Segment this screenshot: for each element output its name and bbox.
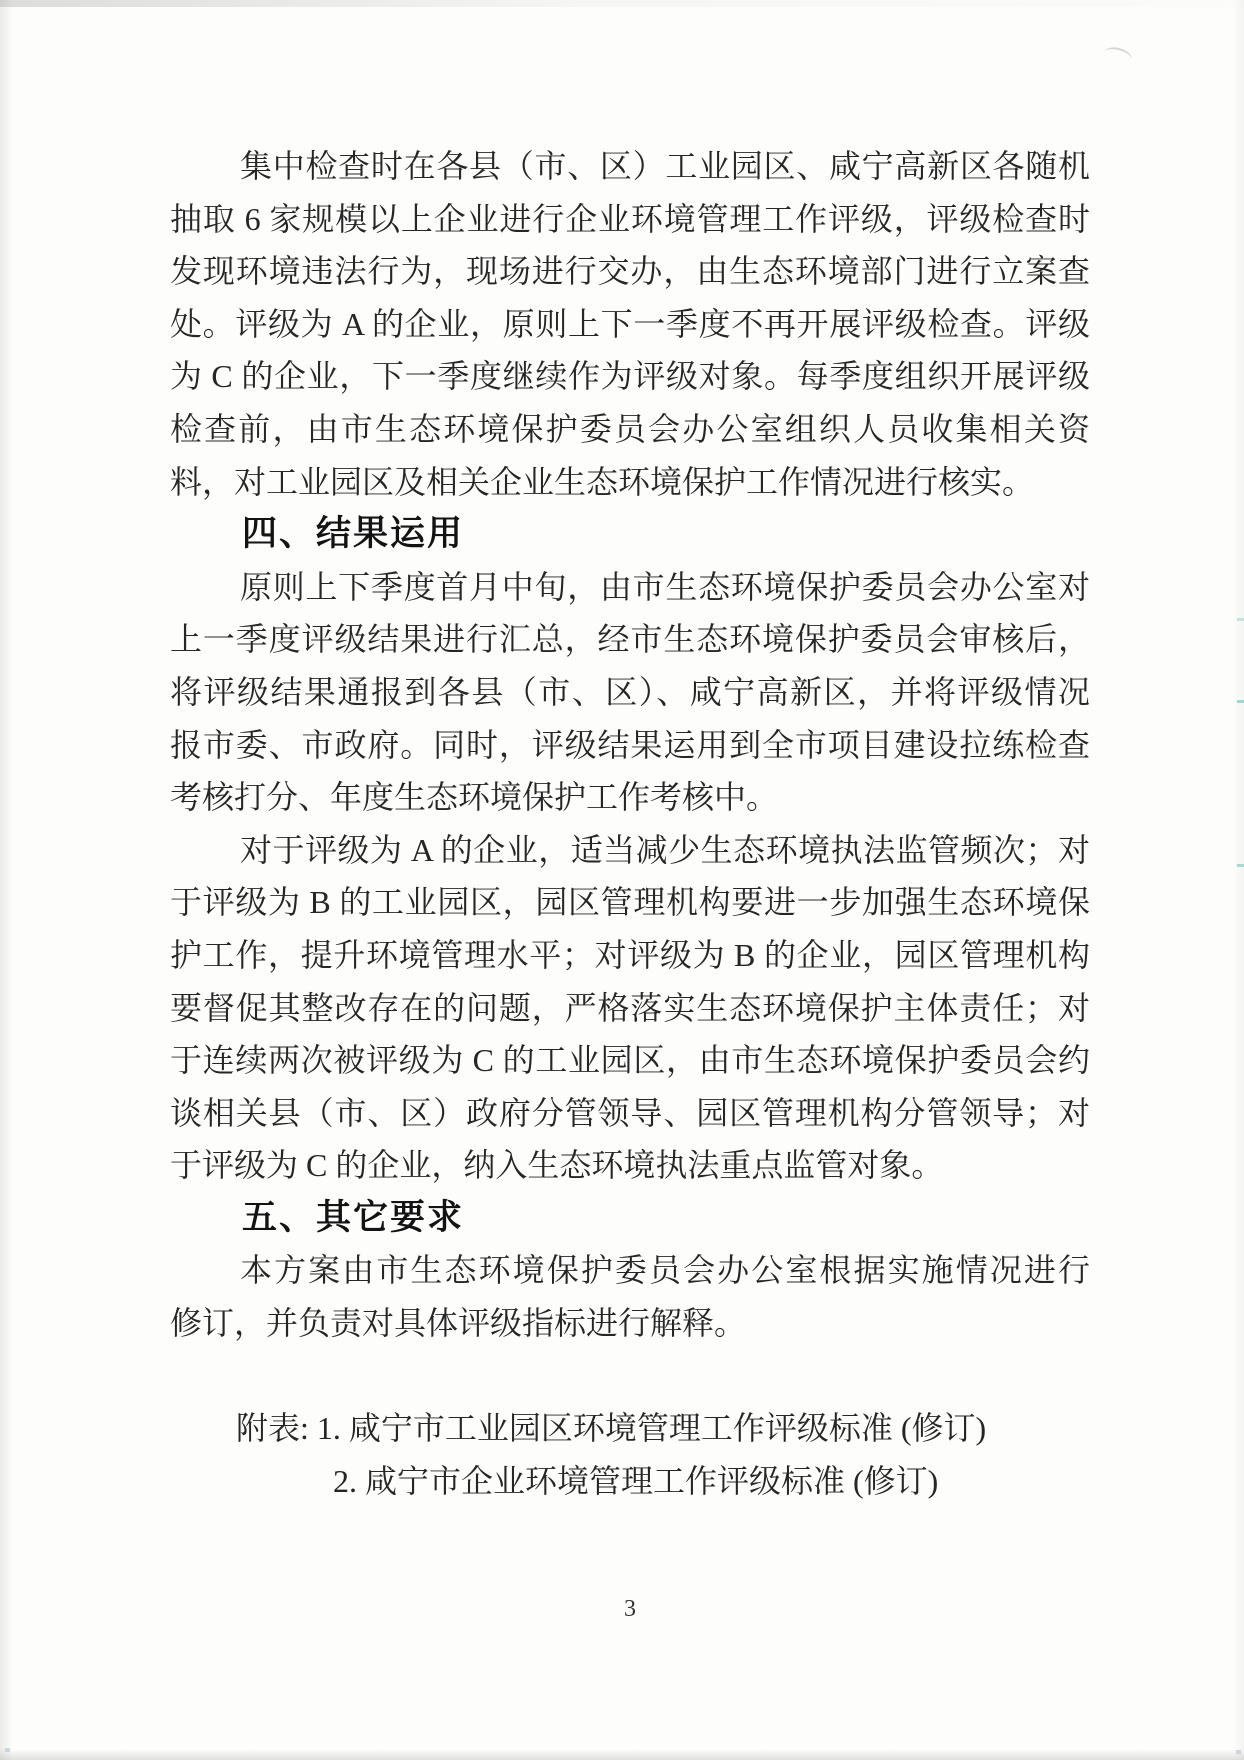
text-line: 本方案由市生态环境保护委员会办公室根据实施情况进行 <box>170 1244 1090 1297</box>
scan-cyan-tick <box>1237 864 1244 867</box>
scan-scratch-mark <box>1102 44 1133 67</box>
scan-edge-top <box>0 0 1244 7</box>
text-line: 谈相关县（市、区）政府分管领导、园区管理机构分管领导；对 <box>170 1087 1090 1140</box>
scan-cyan-tick <box>1237 700 1244 703</box>
text-line: 要督促其整改存在的问题，严格落实生态环境保护主体责任；对 <box>170 982 1090 1035</box>
text-line: 于连续两次被评级为 C 的工业园区，由市生态环境保护委员会约 <box>170 1034 1090 1087</box>
text-line: 原则上下季度首月中旬，由市生态环境保护委员会办公室对 <box>170 561 1090 614</box>
text-line: 上一季度评级结果进行汇总，经市生态环境保护委员会审核后， <box>170 613 1090 666</box>
text-line: 处。评级为 A 的企业，原则上下一季度不再开展评级检查。评级 <box>170 298 1090 351</box>
scan-edge-left <box>0 0 13 1760</box>
text-line: 为 C 的企业，下一季度继续作为评级对象。每季度组织开展评级 <box>170 350 1090 403</box>
text-line: 检查前，由市生态环境保护委员会办公室组织人员收集相关资 <box>170 403 1090 456</box>
text-line: 对于评级为 A 的企业，适当减少生态环境执法监管频次；对 <box>170 824 1090 877</box>
scan-blue-speck <box>1236 1750 1241 1754</box>
page-number: 3 <box>8 1596 1244 1623</box>
text-line: 护工作，提升环境管理水平；对评级为 B 的企业，园区管理机构 <box>170 929 1090 982</box>
text-line: 集中检查时在各县（市、区）工业园区、咸宁高新区各随机 <box>170 140 1090 193</box>
text-line: 修订，并负责对具体评级指标进行解释。 <box>170 1297 1090 1350</box>
scan-cyan-tick <box>1237 618 1244 621</box>
text-line: 于评级为 C 的企业，纳入生态环境执法重点监管对象。 <box>170 1139 1090 1192</box>
text-line: 2. 咸宁市企业环境管理工作评级标准 (修订) <box>170 1455 1090 1508</box>
text-line: 于评级为 B 的工业园区，园区管理机构要进一步加强生态环境保 <box>170 876 1090 929</box>
text-line: 料，对工业园区及相关企业生态环境保护工作情况进行核实。 <box>170 456 1090 509</box>
scan-edge-right <box>1233 0 1244 1760</box>
text-line: 抽取 6 家规模以上企业进行企业环境管理工作评级，评级检查时 <box>170 193 1090 246</box>
document-page: 集中检查时在各县（市、区）工业园区、咸宁高新区各随机抽取 6 家规模以上企业进行… <box>0 0 1244 1760</box>
document-text: 集中检查时在各县（市、区）工业园区、咸宁高新区各随机抽取 6 家规模以上企业进行… <box>170 140 1090 1507</box>
text-line: 将评级结果通报到各县（市、区）、咸宁高新区，并将评级情况 <box>170 666 1090 719</box>
text-line: 附表: 1. 咸宁市工业园区环境管理工作评级标准 (修订) <box>170 1402 1090 1455</box>
text-line: 发现环境违法行为，现场进行交办，由生态环境部门进行立案查 <box>170 245 1090 298</box>
text-line: 报市委、市政府。同时，评级结果运用到全市项目建设拉练检查 <box>170 719 1090 772</box>
text-line: 四、结果运用 <box>170 508 1090 561</box>
scan-blue-speck <box>5 1748 10 1752</box>
text-line: 考核打分、年度生态环境保护工作考核中。 <box>170 771 1090 824</box>
text-line: 五、其它要求 <box>170 1192 1090 1245</box>
scan-edge-bottom <box>0 1749 1244 1760</box>
